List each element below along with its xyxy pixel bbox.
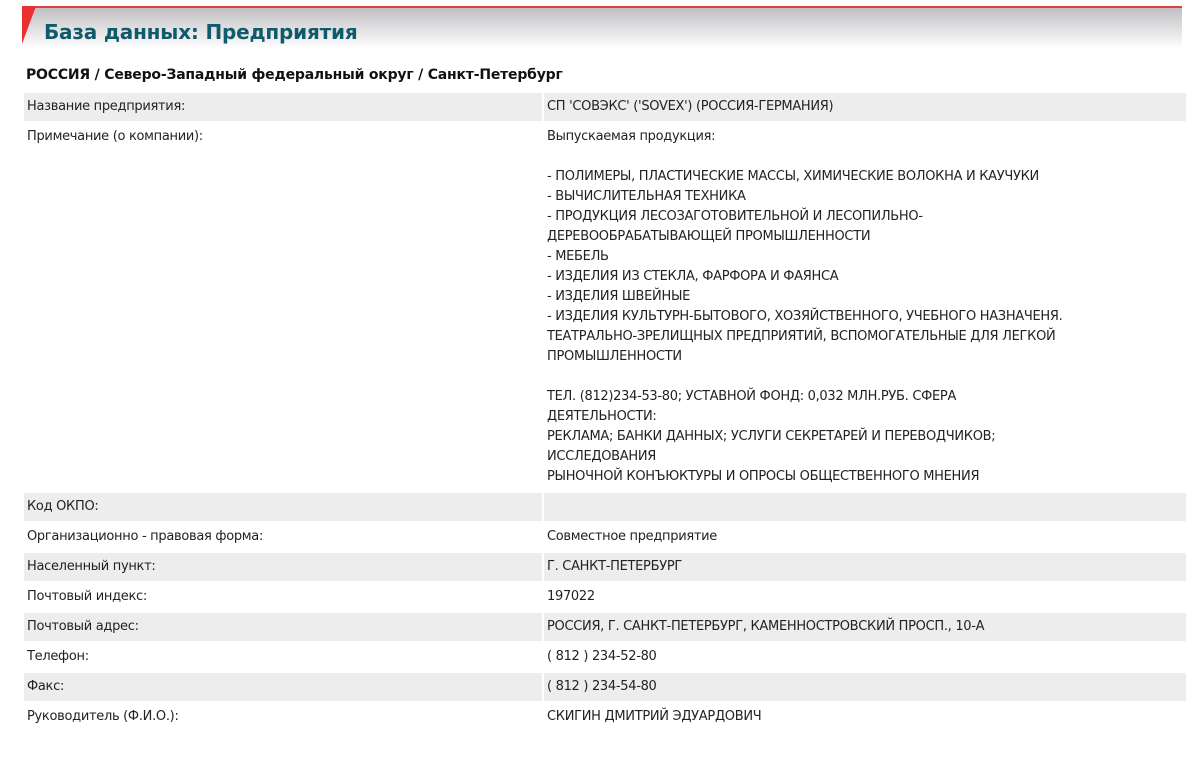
row-postal-code: Почтовый индекс: 197022	[24, 583, 1186, 611]
okpo-code-value	[544, 493, 1186, 521]
row-fax: Факс: ( 812 ) 234-54-80	[24, 673, 1186, 701]
note-line: РЫНОЧНОЙ КОНЪЮКТУРЫ И ОПРОСЫ ОБЩЕСТВЕННО…	[547, 467, 1183, 487]
note-line: Выпускаемая продукция:	[547, 127, 1183, 147]
company-details-table: Название предприятия: СП 'СОВЭКС' ('SOVE…	[22, 91, 1188, 733]
locality-value: Г. САНКТ-ПЕТЕРБУРГ	[544, 553, 1186, 581]
page-title: База данных: Предприятия	[44, 20, 357, 44]
legal-form-label: Организационно - правовая форма:	[24, 523, 542, 551]
row-company-name: Название предприятия: СП 'СОВЭКС' ('SOVE…	[24, 93, 1186, 121]
note-line: ИССЛЕДОВАНИЯ	[547, 447, 1183, 467]
note-line	[547, 367, 1183, 387]
note-line: ДЕРЕВООБРАБАТЫВАЮЩЕЙ ПРОМЫШЛЕННОСТИ	[547, 227, 1183, 247]
note-line	[547, 147, 1183, 167]
note-line: - ИЗДЕЛИЯ КУЛЬТУРН-БЫТОВОГО, ХОЗЯЙСТВЕНН…	[547, 307, 1183, 327]
company-note-label: Примечание (о компании):	[24, 123, 542, 491]
phone-value: ( 812 ) 234-52-80	[544, 643, 1186, 671]
note-line: - МЕБЕЛЬ	[547, 247, 1183, 267]
breadcrumb: РОССИЯ / Северо-Западный федеральный окр…	[26, 67, 563, 83]
okpo-code-label: Код ОКПО:	[24, 493, 542, 521]
phone-label: Телефон:	[24, 643, 542, 671]
company-note-value: Выпускаемая продукция: - ПОЛИМЕРЫ, ПЛАСТ…	[544, 123, 1186, 491]
note-line: ТЕАТРАЛЬНО-ЗРЕЛИЩНЫХ ПРЕДПРИЯТИЙ, ВСПОМО…	[547, 327, 1183, 347]
row-locality: Населенный пункт: Г. САНКТ-ПЕТЕРБУРГ	[24, 553, 1186, 581]
note-line: - ИЗДЕЛИЯ ИЗ СТЕКЛА, ФАРФОРА И ФАЯНСА	[547, 267, 1183, 287]
company-name-label: Название предприятия:	[24, 93, 542, 121]
legal-form-value: Совместное предприятие	[544, 523, 1186, 551]
postal-code-label: Почтовый индекс:	[24, 583, 542, 611]
row-legal-form: Организационно - правовая форма: Совмест…	[24, 523, 1186, 551]
row-director: Руководитель (Ф.И.О.): СКИГИН ДМИТРИЙ ЭД…	[24, 703, 1186, 731]
locality-label: Населенный пункт:	[24, 553, 542, 581]
director-label: Руководитель (Ф.И.О.):	[24, 703, 542, 731]
postal-address-label: Почтовый адрес:	[24, 613, 542, 641]
note-line: - ПРОДУКЦИЯ ЛЕСОЗАГОТОВИТЕЛЬНОЙ И ЛЕСОПИ…	[547, 207, 1183, 227]
postal-address-value: РОССИЯ, Г. САНКТ-ПЕТЕРБУРГ, КАМЕННОСТРОВ…	[544, 613, 1186, 641]
header-accent-triangle	[22, 6, 36, 44]
row-postal-address: Почтовый адрес: РОССИЯ, Г. САНКТ-ПЕТЕРБУ…	[24, 613, 1186, 641]
postal-code-value: 197022	[544, 583, 1186, 611]
row-phone: Телефон: ( 812 ) 234-52-80	[24, 643, 1186, 671]
fax-value: ( 812 ) 234-54-80	[544, 673, 1186, 701]
note-line: ПРОМЫШЛЕННОСТИ	[547, 347, 1183, 367]
note-line: РЕКЛАМА; БАНКИ ДАННЫХ; УСЛУГИ СЕКРЕТАРЕЙ…	[547, 427, 1183, 447]
note-line: ТЕЛ. (812)234-53-80; УСТАВНОЙ ФОНД: 0,03…	[547, 387, 1183, 407]
note-line: ДЕЯТЕЛЬНОСТИ:	[547, 407, 1183, 427]
note-line: - ИЗДЕЛИЯ ШВЕЙНЫЕ	[547, 287, 1183, 307]
company-name-value: СП 'СОВЭКС' ('SOVEX') (РОССИЯ-ГЕРМАНИЯ)	[544, 93, 1186, 121]
row-company-note: Примечание (о компании): Выпускаемая про…	[24, 123, 1186, 491]
note-line: - ВЫЧИСЛИТЕЛЬНАЯ ТЕХНИКА	[547, 187, 1183, 207]
director-value: СКИГИН ДМИТРИЙ ЭДУАРДОВИЧ	[544, 703, 1186, 731]
row-okpo-code: Код ОКПО:	[24, 493, 1186, 521]
note-line: - ПОЛИМЕРЫ, ПЛАСТИЧЕСКИЕ МАССЫ, ХИМИЧЕСК…	[547, 167, 1183, 187]
fax-label: Факс:	[24, 673, 542, 701]
